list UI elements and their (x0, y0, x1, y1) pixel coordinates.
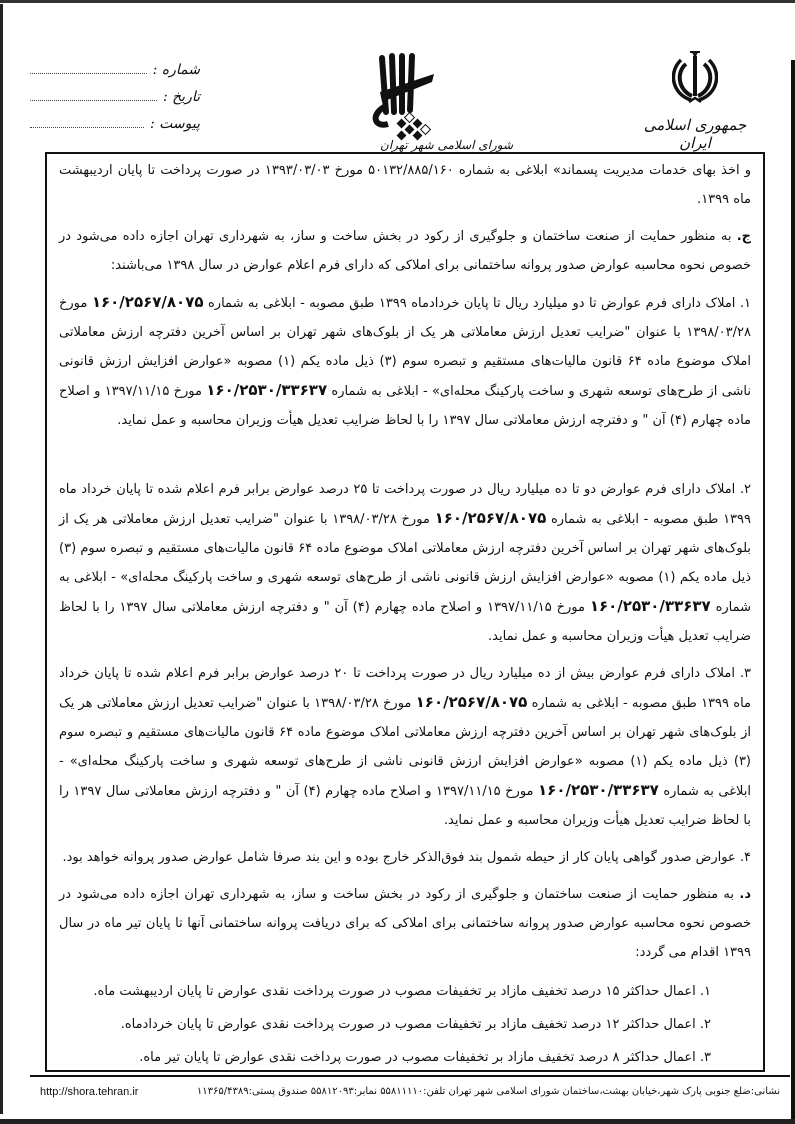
item-2-ref-a: ۱۶۰/۲۵۶۷/۸۰۷۵ (435, 509, 547, 527)
item-1-ref-a: ۱۶۰/۲۵۶۷/۸۰۷۵ (92, 293, 204, 311)
meta-number-label: شماره : (153, 62, 200, 78)
item-4: ۴. عوارض صدور گواهی پایان کار از حیطه شم… (59, 843, 751, 872)
section-d-letter: د. (739, 887, 751, 902)
iran-emblem-icon (672, 50, 718, 106)
item-3-ref-a: ۱۶۰/۲۵۶۷/۸۰۷۵ (416, 693, 528, 711)
item-2-ref-b: ۱۶۰/۲۵۳۰/۳۳۶۳۷ (590, 597, 711, 615)
section-d-sub-list: ۱. اعمال حداکثر ۱۵ درصد تخفیف مازاد بر ت… (59, 975, 751, 1074)
page-edge-bottom (0, 1119, 795, 1124)
item-2: ۲. املاک دارای فرم عوارض دو تا ده میلیار… (59, 475, 751, 651)
footer: نشانی:ضلع جنوبی پارک شهر،خیابان بهشت،ساخ… (40, 1086, 780, 1098)
country-name: جمهوری اسلامی ایران (635, 116, 755, 152)
letterhead: جمهوری اسلامی ایران شورای اسلامی شهر تهر… (0, 0, 795, 150)
document-body: و اخذ بهای خدمات مدیریت پسماند» ابلاغی ب… (59, 156, 751, 1074)
meta-number-line (30, 72, 147, 74)
meta-number-row: شماره : (30, 62, 200, 89)
page-edge-left (0, 4, 3, 1114)
meta-attachment-line (30, 126, 144, 128)
footer-website-link[interactable]: http://shora.tehran.ir (40, 1086, 138, 1098)
page-edge-right (791, 60, 795, 1124)
item-1: ۱. املاک دارای فرم عوارض تا دو میلیارد ر… (59, 288, 751, 435)
section-d-text: به منظور حمایت از صنعت ساختمان و جلوگیری… (59, 887, 751, 960)
item-1-num: ۱. (740, 296, 751, 311)
letter-meta-fields: شماره : تاریخ : پیوست : (30, 62, 200, 143)
section-d: د. به منظور حمایت از صنعت ساختمان و جلوگ… (59, 880, 751, 967)
section-j-letter: ج. (737, 229, 751, 244)
meta-attachment-label: پیوست : (150, 116, 200, 132)
meta-date-label: تاریخ : (163, 89, 200, 105)
item-3-num: ۳. (740, 666, 751, 681)
council-logo-caption: شورای اسلامی شهر تهران (380, 138, 513, 152)
meta-date-line (30, 99, 157, 101)
item-3: ۳. املاک دارای فرم عوارض بیش از ده میلیا… (59, 659, 751, 835)
meta-attachment-row: پیوست : (30, 116, 200, 143)
item-4-num: ۴. (740, 850, 751, 865)
item-1-ref-b: ۱۶۰/۲۵۳۰/۳۳۶۳۷ (206, 381, 327, 399)
intro-paragraph: و اخذ بهای خدمات مدیریت پسماند» ابلاغی ب… (59, 156, 751, 214)
item-1-text-a: املاک دارای فرم عوارض تا دو میلیارد ریال… (208, 296, 735, 311)
intro-text: و اخذ بهای خدمات مدیریت پسماند» ابلاغی ب… (59, 163, 751, 207)
section-j: ج. به منظور حمایت از صنعت ساختمان و جلوگ… (59, 222, 751, 280)
section-j-text: به منظور حمایت از صنعت ساختمان و جلوگیری… (59, 229, 751, 273)
iran-emblem-block: جمهوری اسلامی ایران (635, 50, 755, 152)
item-4-text: عوارض صدور گواهی پایان کار از حیطه شمول … (62, 850, 735, 865)
section-d-sub-item-2: ۲. اعمال حداکثر ۱۲ درصد تخفیف مازاد بر ت… (59, 1008, 711, 1041)
item-3-ref-b: ۱۶۰/۲۵۳۰/۳۳۶۳۷ (538, 781, 659, 799)
section-d-sub-item-1: ۱. اعمال حداکثر ۱۵ درصد تخفیف مازاد بر ت… (59, 975, 711, 1008)
content-box: و اخذ بهای خدمات مدیریت پسماند» ابلاغی ب… (45, 152, 765, 1072)
city-council-logo-icon (360, 50, 480, 150)
footer-address: نشانی:ضلع جنوبی پارک شهر،خیابان بهشت،ساخ… (197, 1086, 780, 1098)
section-d-sub-item-3: ۳. اعمال حداکثر ۸ درصد تخفیف مازاد بر تخ… (59, 1041, 711, 1074)
item-2-num: ۲. (740, 482, 751, 497)
meta-date-row: تاریخ : (30, 89, 200, 116)
footer-divider (30, 1075, 790, 1077)
